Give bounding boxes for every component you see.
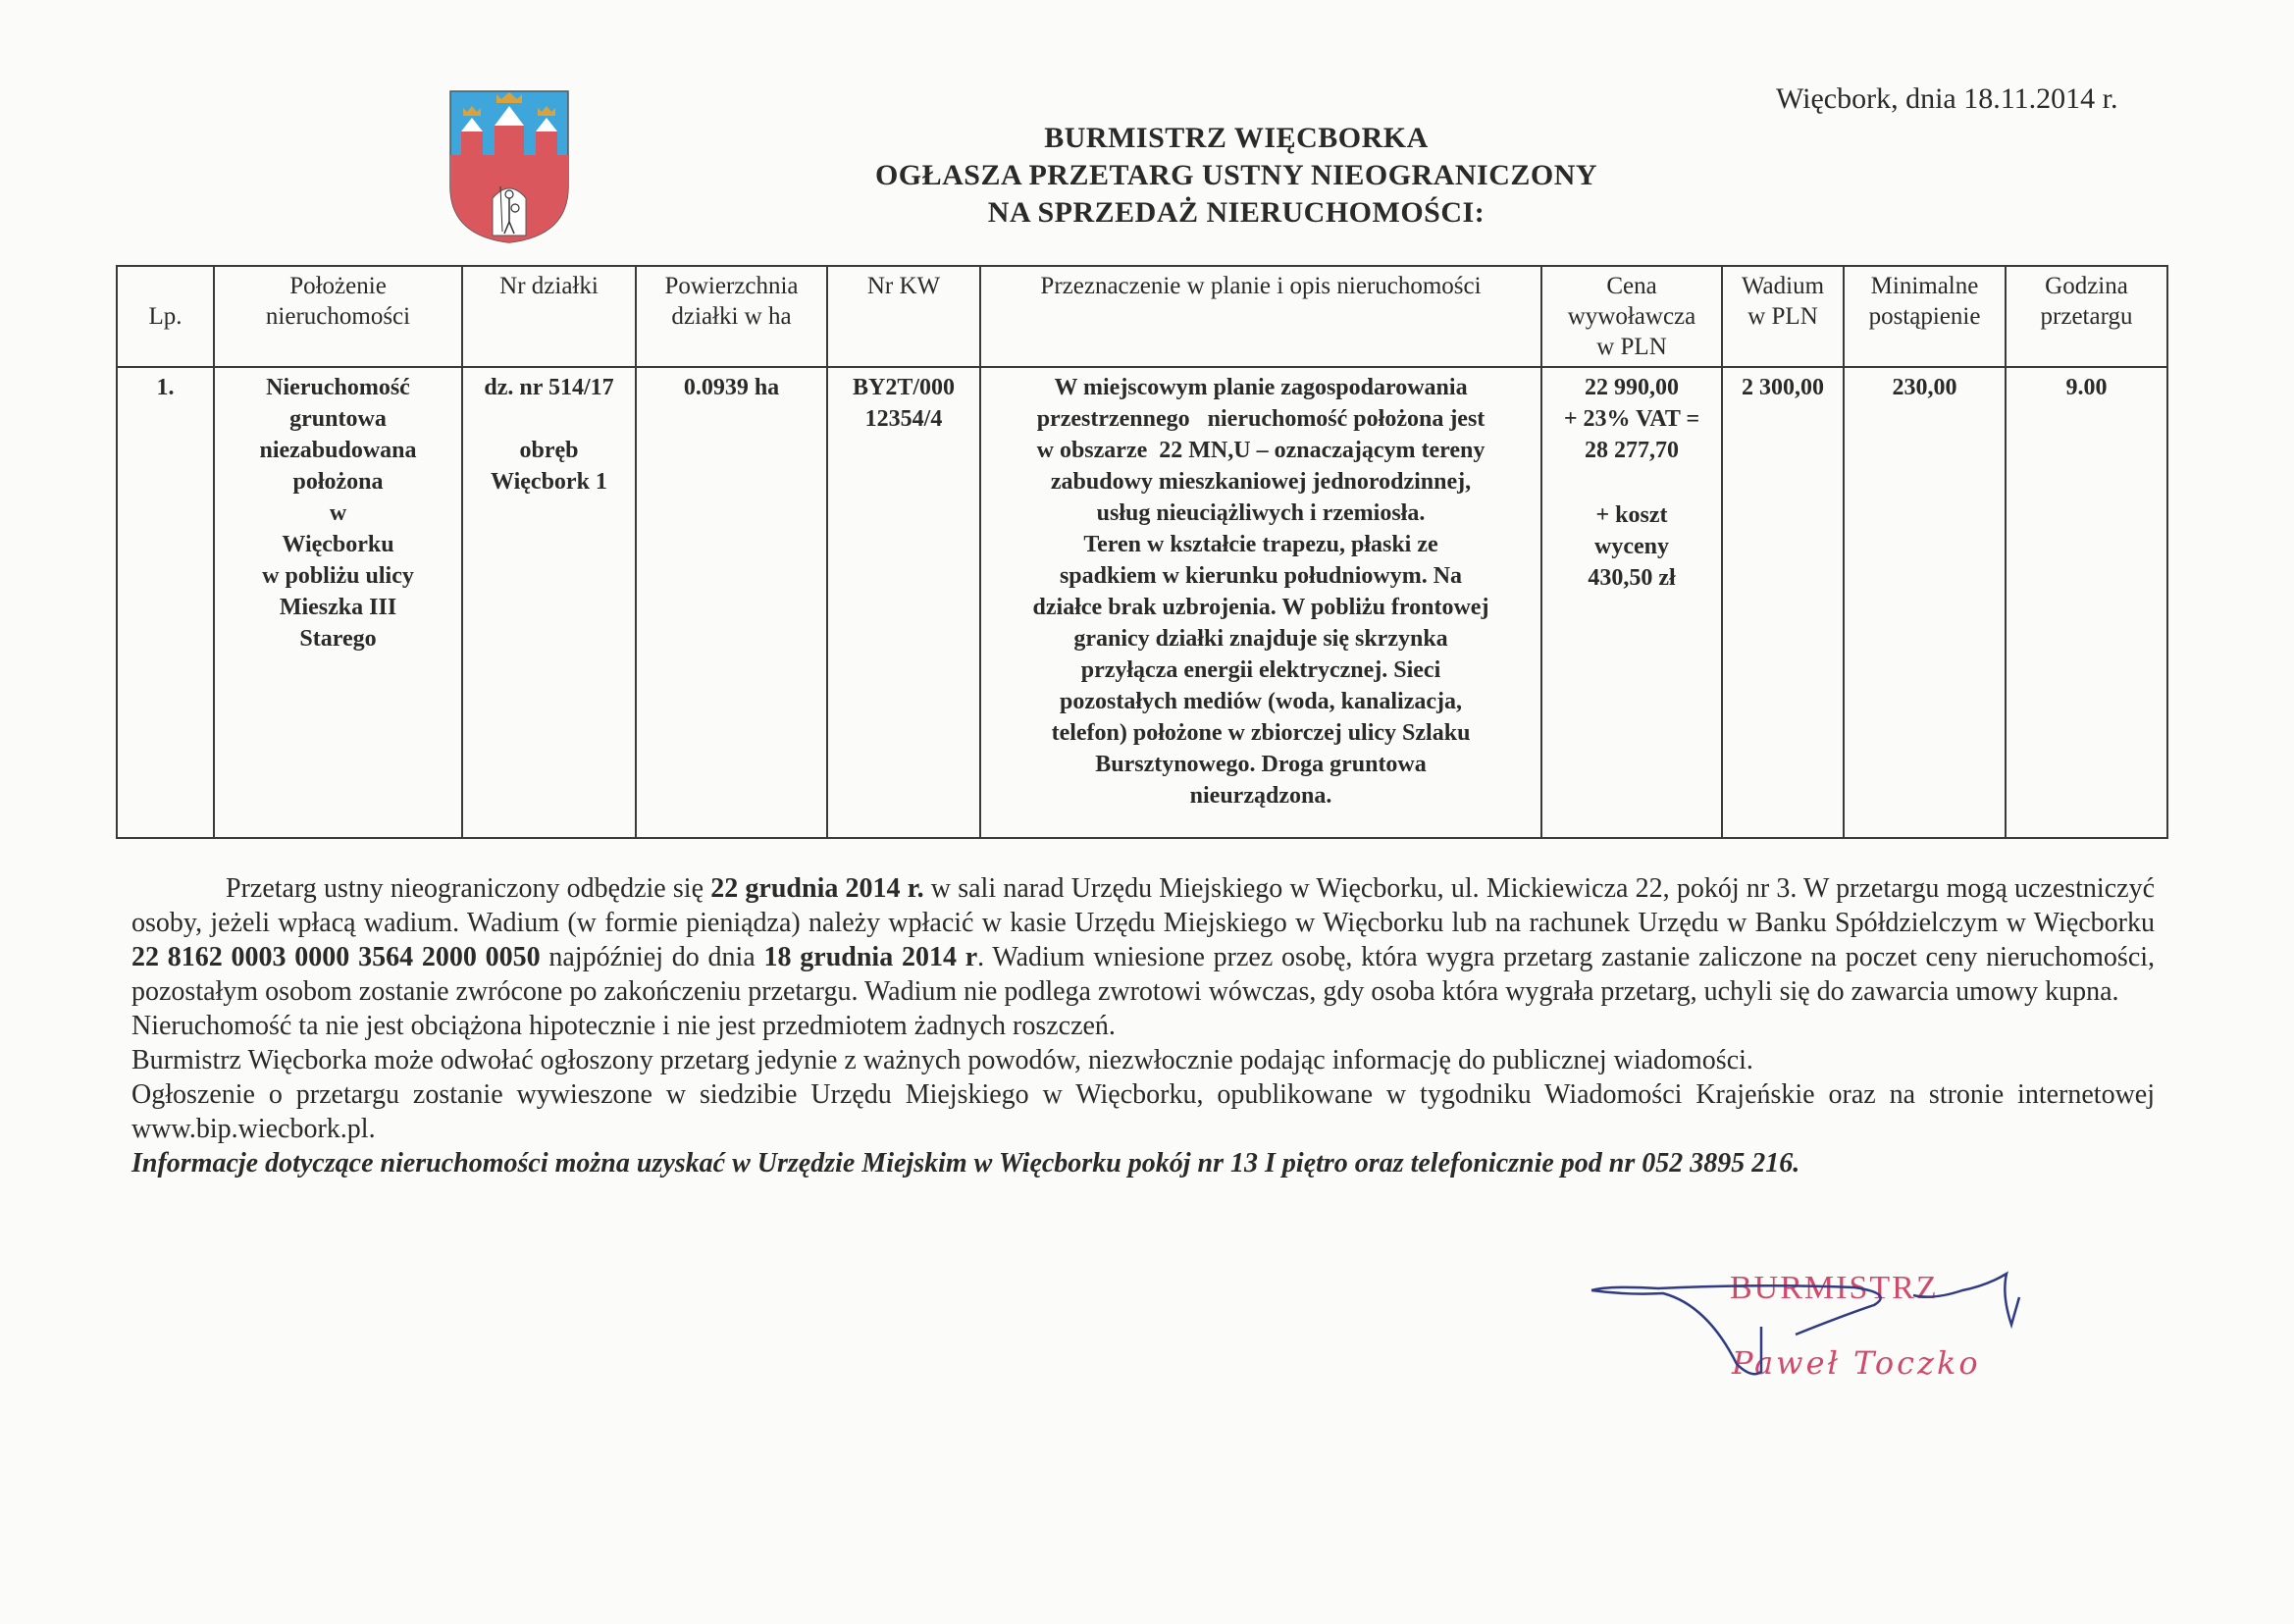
header-text: Położenie xyxy=(219,271,457,301)
paragraph-publication: Ogłoszenie o przetargu zostanie wywieszo… xyxy=(131,1077,2155,1146)
announcement-body: Przetarg ustny nieograniczony odbędzie s… xyxy=(131,871,2155,1180)
title-line: BURMISTRZ WIĘCBORKA xyxy=(746,120,1727,157)
header-text: Cena xyxy=(1546,271,1717,301)
cell-godzina: 9.00 xyxy=(2006,367,2167,838)
table-row: 1. Nieruchomość gruntowa niezabudowana p… xyxy=(117,367,2167,838)
header-text: Godzina xyxy=(2010,271,2163,301)
cell-text: działce brak uzbrojenia. W pobliżu front… xyxy=(985,592,1537,623)
coat-of-arms-icon xyxy=(447,88,571,245)
cell-polozenie: Nieruchomość gruntowa niezabudowana poło… xyxy=(214,367,462,838)
cell-text: nieurządzona. xyxy=(985,780,1537,812)
cell-text: obręb xyxy=(467,435,631,466)
cell-cena: 22 990,00 + 23% VAT = 28 277,70 + koszt … xyxy=(1541,367,1722,838)
text: Przetarg ustny nieograniczony odbędzie s… xyxy=(226,873,710,904)
paragraph-contact-info: Informacje dotyczące nieruchomości można… xyxy=(131,1146,2155,1180)
cell-text: przyłącza energii elektrycznej. Sieci xyxy=(985,655,1537,686)
cell-text: + 23% VAT = xyxy=(1546,403,1717,435)
stamp-title: BURMISTRZ xyxy=(1730,1270,1939,1307)
bank-account-number: 22 8162 0003 0000 3564 2000 0050 xyxy=(131,942,541,972)
paragraph-cancellation: Burmistrz Więcborka może odwołać ogłoszo… xyxy=(131,1043,2155,1077)
cell-wadium: 2 300,00 xyxy=(1722,367,1844,838)
header-text: w PLN xyxy=(1546,332,1717,362)
header-text: Minimalne xyxy=(1849,271,2001,301)
header-polozenie: Położenie nieruchomości xyxy=(214,266,462,367)
cell-nr-kw: BY2T/000 12354/4 xyxy=(827,367,980,838)
cell-text: gruntowa xyxy=(219,403,457,435)
cell-text: Teren w kształcie trapezu, płaski ze xyxy=(985,529,1537,560)
cell-text: Nieruchomość xyxy=(219,372,457,403)
cell-text: w pobliżu ulicy xyxy=(219,560,457,592)
header-przeznaczenie: Przeznaczenie w planie i opis nieruchomo… xyxy=(980,266,1541,367)
header-minimalne: Minimalne postąpienie xyxy=(1844,266,2006,367)
cell-text: usług nieuciążliwych i rzemiosła. xyxy=(985,498,1537,529)
stamp-name: Paweł Toczko xyxy=(1732,1344,1981,1382)
cell-text: BY2T/000 xyxy=(832,372,975,403)
header-cena: Cena wywoławcza w PLN xyxy=(1541,266,1722,367)
cell-text: W miejscowym planie zagospodarowania xyxy=(985,372,1537,403)
header-text: Powierzchnia xyxy=(641,271,822,301)
cell-text: przestrzennego nieruchomość położona jes… xyxy=(985,403,1537,435)
table-header-row: Lp. Położenie nieruchomości Nr działki P… xyxy=(117,266,2167,367)
cell-text: granicy działki znajduje się skrzynka xyxy=(985,623,1537,655)
cell-text: w xyxy=(219,498,457,529)
header-nr-kw: Nr KW xyxy=(827,266,980,367)
document-title: BURMISTRZ WIĘCBORKA OGŁASZA PRZETARG UST… xyxy=(746,120,1727,232)
cell-text: 430,50 zł xyxy=(1546,562,1717,594)
cell-text: 22 990,00 xyxy=(1546,372,1717,403)
cell-text: pozostałych mediów (woda, kanalizacja, xyxy=(985,686,1537,717)
header-godzina: Godzina przetargu xyxy=(2006,266,2167,367)
cell-lp: 1. xyxy=(117,367,214,838)
cell-powierzchnia: 0.0939 ha xyxy=(636,367,827,838)
header-text: nieruchomości xyxy=(219,301,457,332)
cell-text: Starego xyxy=(219,623,457,655)
cell-text: niezabudowana xyxy=(219,435,457,466)
paragraph-no-encumbrance: Nieruchomość ta nie jest obciążona hipot… xyxy=(131,1009,2155,1043)
cell-text: 28 277,70 xyxy=(1546,435,1717,466)
header-lp: Lp. xyxy=(117,266,214,367)
header-text: postąpienie xyxy=(1849,301,2001,332)
cell-text: + koszt xyxy=(1546,499,1717,531)
place-date: Więcbork, dnia 18.11.2014 r. xyxy=(1776,82,2117,116)
cell-nr-dzialki: dz. nr 514/17 obręb Więcbork 1 xyxy=(462,367,636,838)
header-powierzchnia: Powierzchnia działki w ha xyxy=(636,266,827,367)
title-line: OGŁASZA PRZETARG USTNY NIEOGRANICZONY xyxy=(746,157,1727,194)
header-text: w PLN xyxy=(1727,301,1839,332)
header-text: działki w ha xyxy=(641,301,822,332)
cell-text: telefon) położone w zbiorczej ulicy Szla… xyxy=(985,717,1537,749)
cell-text: w obszarze 22 MN,U – oznaczającym tereny xyxy=(985,435,1537,466)
header-wadium: Wadium w PLN xyxy=(1722,266,1844,367)
paragraph-auction-details: Przetarg ustny nieograniczony odbędzie s… xyxy=(131,871,2155,1009)
header-nr-dzialki: Nr działki xyxy=(462,266,636,367)
cell-text: dz. nr 514/17 xyxy=(467,372,631,403)
cell-text: położona xyxy=(219,466,457,498)
cell-opis: W miejscowym planie zagospodarowaniaprze… xyxy=(980,367,1541,838)
deposit-deadline: 18 grudnia 2014 r xyxy=(764,942,978,972)
text: najpóźniej do dnia xyxy=(541,942,764,972)
header-text: wywoławcza xyxy=(1546,301,1717,332)
cell-text: wyceny xyxy=(1546,531,1717,562)
cell-text: 12354/4 xyxy=(832,403,975,435)
title-line: NA SPRZEDAŻ NIERUCHOMOŚCI: xyxy=(746,194,1727,232)
cell-text: spadkiem w kierunku południowym. Na xyxy=(985,560,1537,592)
cell-text: Bursztynowego. Droga gruntowa xyxy=(985,749,1537,780)
cell-text: Więcborku xyxy=(219,529,457,560)
cell-text: Więcbork 1 xyxy=(467,466,631,498)
cell-text: zabudowy mieszkaniowej jednorodzinnej, xyxy=(985,466,1537,498)
header-text: Wadium xyxy=(1727,271,1839,301)
property-table: Lp. Położenie nieruchomości Nr działki P… xyxy=(116,265,2168,839)
auction-date: 22 grudnia 2014 r. xyxy=(710,873,923,904)
header-text: przetargu xyxy=(2010,301,2163,332)
cell-text: Mieszka III xyxy=(219,592,457,623)
cell-minimalne: 230,00 xyxy=(1844,367,2006,838)
